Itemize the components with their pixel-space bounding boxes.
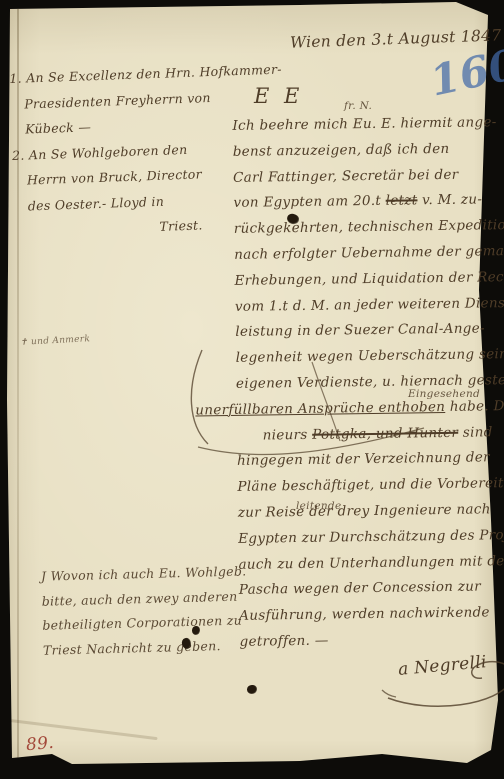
struck-word: letzt bbox=[386, 193, 418, 209]
body-line: Pascha wegen der Concession zur bbox=[239, 574, 504, 604]
body-line: vom 1.t d. M. an jeder weiteren Dienst- bbox=[235, 291, 503, 321]
body-line: zur Reise der drey Ingenieure nach bbox=[238, 497, 504, 527]
letter-body: Ich beehre mich Eu. E. hiermit ange- ben… bbox=[232, 110, 504, 655]
body-line: Ich beehre mich Eu. E. hiermit ange- bbox=[232, 110, 500, 140]
body-text: nieurs bbox=[263, 426, 313, 443]
underlined-text: unerfüllbaren Ansprüche enthoben bbox=[195, 399, 445, 418]
body-line: Ausführung, werden nachwirkende bbox=[239, 600, 504, 630]
body-line: Erhebungen, und Liquidation der Rechnung… bbox=[234, 265, 502, 295]
scanned-letter-page: Wien den 3.t August 1847 160 E E fr. N. … bbox=[0, 0, 504, 779]
body-line: hingegen mit der Verzeichnung der bbox=[237, 445, 504, 475]
body-text: sind bbox=[458, 424, 493, 440]
body-line: Carl Fattinger, Secretär bei der bbox=[233, 162, 501, 192]
body-line: auch zu den Unterhandlungen mit dem bbox=[238, 549, 504, 579]
interline-correction: leitende bbox=[296, 500, 341, 512]
postscript-block: J Wovon ich auch Eu. Wohlgeb. bitte, auc… bbox=[41, 559, 253, 662]
struck-names: Pottgka, und Hunter bbox=[312, 424, 458, 442]
body-line: rückgekehrten, technischen Expedition, bbox=[234, 213, 502, 243]
interline-correction: Eingesehend bbox=[408, 388, 480, 400]
salutation-initials: E E bbox=[254, 84, 303, 108]
body-text: v. M. zu- bbox=[417, 192, 482, 209]
body-line: nach erfolgter Uebernahme der gemachten bbox=[234, 239, 502, 269]
body-line: legenheit wegen Ueberschätzung seiner bbox=[235, 342, 503, 372]
folio-number-red: 89. bbox=[25, 733, 55, 755]
body-line: nieurs Pottgka, und Hunter sind bbox=[237, 420, 504, 450]
body-line: leistung in der Suezer Canal-Ange- bbox=[235, 317, 503, 347]
body-line: benst anzuzeigen, daß ich den bbox=[233, 136, 501, 166]
body-line: von Egypten am 20.t letzt v. M. zu- bbox=[233, 188, 501, 218]
margin-directive-block: 1. An Se Excellenz den Hrn. Hofkammer- P… bbox=[9, 58, 243, 244]
body-text: von Egypten am 20.t bbox=[233, 193, 385, 211]
signature-flourish bbox=[380, 650, 504, 720]
interline-abbreviation: fr. N. bbox=[344, 100, 372, 112]
body-line: Pläne beschäftiget, und die Vorbereitung… bbox=[237, 471, 504, 501]
body-line: Egypten zur Durchschätzung des Projektes… bbox=[238, 523, 504, 553]
